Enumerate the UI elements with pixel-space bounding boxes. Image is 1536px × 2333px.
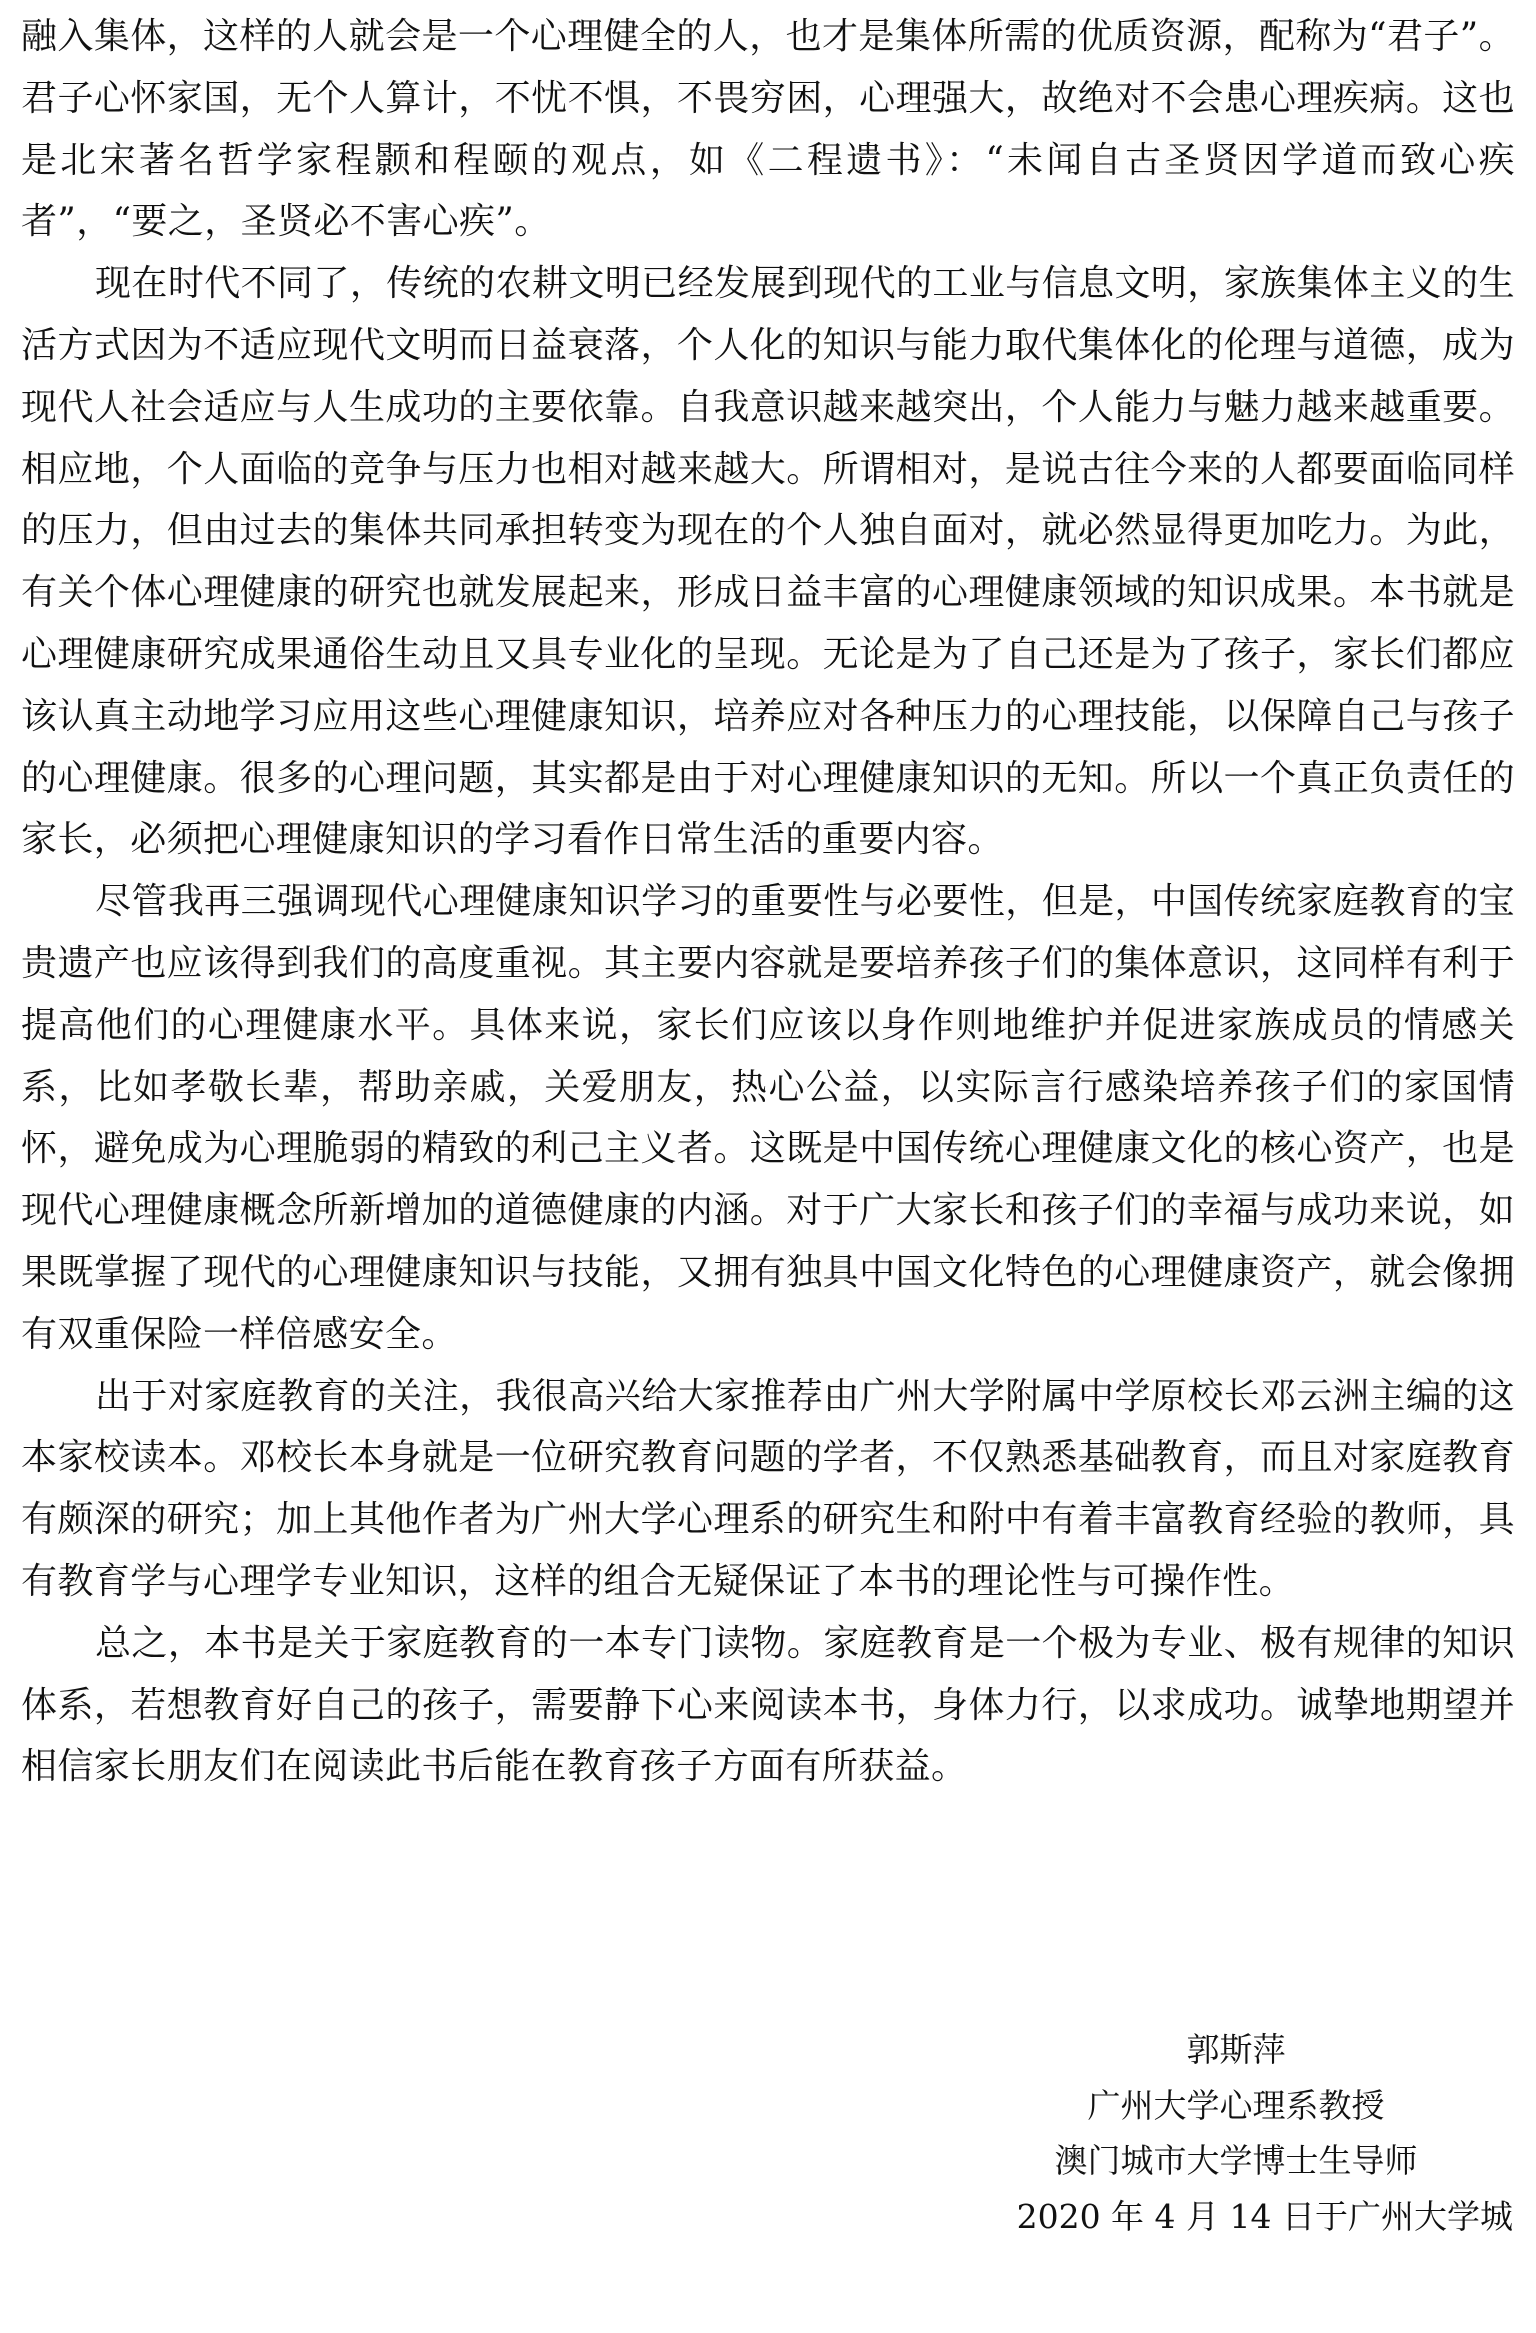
author-title-1: 广州大学心理系教授 [955,2078,1517,2134]
signature-block: 郭斯萍 广州大学心理系教授 澳门城市大学博士生导师 2020 年 4 月 14 … [955,2022,1517,2244]
paragraph-1: 融入集体，这样的人就会是一个心理健全的人，也才是集体所需的优质资源，配称为“君子… [21,6,1515,253]
author-title-2: 澳门城市大学博士生导师 [955,2133,1517,2189]
paragraph-3: 尽管我再三强调现代心理健康知识学习的重要性与必要性，但是，中国传统家庭教育的宝贵… [21,871,1515,1365]
date-and-place: 2020 年 4 月 14 日于广州大学城 [955,2189,1517,2245]
paragraph-2: 现在时代不同了，传统的农耕文明已经发展到现代的工业与信息文明，家族集体主义的生活… [21,253,1515,871]
document-body: 融入集体，这样的人就会是一个心理健全的人，也才是集体所需的优质资源，配称为“君子… [21,6,1515,1798]
paragraph-5: 总之，本书是关于家庭教育的一本专门读物。家庭教育是一个极为专业、极有规律的知识体… [21,1613,1515,1798]
paragraph-4: 出于对家庭教育的关注，我很高兴给大家推荐由广州大学附属中学原校长邓云洲主编的这本… [21,1366,1515,1613]
author-name: 郭斯萍 [955,2022,1517,2078]
